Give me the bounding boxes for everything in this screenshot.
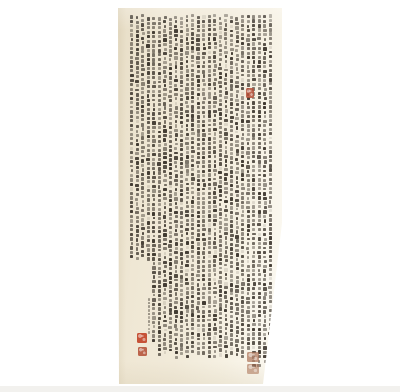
text-column: [202, 15, 206, 355]
pseudo-character: [147, 80, 150, 83]
pseudo-character: [263, 210, 266, 213]
pseudo-character: [180, 266, 183, 269]
pseudo-character: [174, 88, 177, 91]
pseudo-character: [224, 223, 227, 226]
pseudo-character: [247, 47, 250, 50]
pseudo-character: [163, 261, 166, 264]
pseudo-character: [186, 296, 189, 299]
pseudo-character: [268, 286, 271, 289]
pseudo-character: [213, 146, 216, 149]
pseudo-character: [180, 17, 184, 20]
pseudo-character: [214, 282, 217, 285]
pseudo-character: [153, 235, 156, 238]
pseudo-character: [236, 31, 239, 35]
pseudo-character: [247, 260, 250, 263]
pseudo-character: [230, 39, 233, 42]
pseudo-character: [135, 152, 138, 155]
pseudo-character: [264, 238, 267, 242]
pseudo-character: [164, 143, 167, 147]
pseudo-character: [236, 307, 239, 310]
pseudo-character: [219, 122, 222, 126]
pseudo-character: [224, 119, 227, 122]
pseudo-character: [230, 306, 233, 309]
pseudo-character: [263, 43, 266, 46]
pseudo-character: [180, 171, 183, 174]
pseudo-character: [180, 320, 183, 323]
pseudo-character: [252, 146, 255, 150]
pseudo-character: [136, 225, 139, 228]
pseudo-character: [180, 107, 183, 110]
pseudo-character: [185, 282, 189, 285]
pseudo-character: [196, 306, 199, 310]
pseudo-character: [136, 39, 139, 42]
pseudo-character: [174, 156, 177, 160]
pseudo-character: [158, 58, 161, 61]
pseudo-character: [247, 147, 250, 150]
pseudo-character: [191, 218, 194, 222]
pseudo-character: [135, 184, 139, 187]
pseudo-character: [236, 113, 239, 117]
pseudo-character: [252, 269, 255, 272]
pseudo-character: [269, 60, 272, 63]
pseudo-character: [224, 268, 227, 271]
pseudo-character: [242, 210, 245, 213]
pseudo-character: [241, 55, 244, 58]
pseudo-character: [230, 188, 233, 191]
pseudo-character: [152, 189, 155, 192]
pseudo-character: [224, 336, 227, 340]
pseudo-character: [152, 58, 155, 62]
pseudo-character: [130, 83, 134, 86]
pseudo-character: [147, 62, 150, 66]
pseudo-character: [264, 337, 267, 340]
pseudo-character: [158, 317, 161, 321]
pseudo-character: [158, 108, 161, 111]
pseudo-character: [169, 104, 172, 108]
pseudo-character: [186, 255, 189, 258]
pseudo-character: [269, 64, 272, 67]
pseudo-character: [252, 219, 255, 222]
pseudo-character: [163, 152, 166, 155]
pseudo-character: [263, 124, 266, 127]
pseudo-character: [224, 46, 227, 49]
pseudo-character: [241, 101, 244, 104]
pseudo-character: [264, 97, 267, 100]
pseudo-character: [186, 128, 189, 131]
pseudo-character: [208, 278, 211, 281]
pseudo-character: [219, 94, 222, 97]
pseudo-character: [136, 61, 139, 65]
pseudo-character: [252, 341, 255, 344]
pseudo-character: [235, 81, 238, 84]
pseudo-character: [186, 133, 189, 136]
pseudo-character: [191, 50, 194, 53]
pseudo-character: [186, 37, 189, 40]
pseudo-character: [136, 148, 139, 151]
pseudo-character: [236, 54, 240, 58]
pseudo-character: [258, 128, 261, 131]
pseudo-character: [175, 61, 178, 65]
pseudo-character: [180, 293, 183, 296]
pseudo-character: [130, 251, 133, 254]
pseudo-character: [136, 52, 139, 55]
pseudo-character: [136, 25, 139, 29]
pseudo-character: [175, 143, 178, 146]
pseudo-character: [213, 19, 216, 23]
pseudo-character: [186, 69, 189, 73]
pseudo-character: [224, 232, 227, 235]
pseudo-character: [258, 42, 261, 45]
pseudo-character: [186, 24, 189, 28]
pseudo-character: [269, 114, 272, 118]
pseudo-character: [174, 47, 177, 50]
pseudo-character: [219, 326, 222, 329]
pseudo-character: [136, 71, 140, 74]
pseudo-character: [163, 111, 166, 114]
pseudo-character: [202, 138, 205, 141]
pseudo-character: [241, 96, 244, 99]
pseudo-character: [263, 170, 266, 173]
pseudo-character: [158, 122, 161, 126]
pseudo-character: [191, 46, 194, 50]
pseudo-character: [180, 239, 183, 243]
pseudo-character: [197, 152, 200, 156]
pseudo-character: [186, 183, 189, 186]
pseudo-character: [169, 72, 172, 75]
pseudo-character: [258, 260, 261, 263]
pseudo-character: [163, 165, 166, 169]
pseudo-character: [180, 98, 183, 101]
pseudo-character: [219, 17, 222, 20]
pseudo-character: [185, 319, 188, 322]
pseudo-character: [169, 285, 173, 288]
text-column: [208, 15, 212, 360]
pseudo-character: [230, 238, 234, 241]
pseudo-character: [202, 310, 205, 314]
pseudo-character: [247, 70, 250, 73]
pseudo-character: [213, 300, 216, 303]
pseudo-character: [146, 244, 150, 247]
pseudo-character: [130, 106, 133, 109]
pseudo-character: [152, 280, 156, 283]
pseudo-character: [269, 318, 272, 321]
pseudo-character: [225, 332, 228, 335]
pseudo-character: [169, 203, 172, 206]
pseudo-character: [263, 247, 266, 250]
pseudo-character: [186, 169, 189, 173]
pseudo-character: [269, 100, 272, 104]
pseudo-character: [219, 262, 222, 265]
pseudo-character: [269, 354, 272, 357]
pseudo-character: [197, 333, 200, 337]
pseudo-character: [264, 115, 267, 118]
pseudo-character: [180, 252, 184, 255]
pseudo-character: [158, 112, 161, 115]
pseudo-character: [213, 14, 216, 17]
pseudo-character: [186, 83, 189, 87]
pseudo-character: [230, 93, 233, 97]
pseudo-character: [152, 239, 155, 242]
pseudo-character: [202, 292, 205, 295]
pseudo-character: [264, 52, 267, 55]
pseudo-character: [208, 228, 211, 232]
pseudo-character: [202, 346, 205, 349]
collector-seal-upper: [247, 352, 259, 362]
pseudo-character: [241, 114, 244, 117]
pseudo-character: [219, 330, 222, 333]
pseudo-character: [258, 56, 261, 59]
pseudo-character: [247, 183, 250, 186]
pseudo-character: [152, 31, 155, 34]
pseudo-character: [208, 219, 211, 223]
pseudo-character: [252, 310, 255, 313]
pseudo-character: [258, 210, 261, 214]
pseudo-character: [225, 354, 228, 357]
pseudo-character: [246, 269, 249, 272]
pseudo-character: [247, 233, 250, 236]
pseudo-character: [236, 335, 239, 338]
pseudo-character: [225, 55, 228, 58]
pseudo-character: [203, 256, 206, 259]
pseudo-character: [252, 78, 256, 81]
pseudo-character: [208, 269, 211, 273]
pseudo-character: [224, 28, 227, 31]
pseudo-character: [158, 117, 161, 120]
pseudo-character: [208, 160, 211, 163]
pseudo-character: [152, 112, 155, 116]
pseudo-character: [169, 258, 172, 262]
pseudo-character: [224, 187, 227, 190]
pseudo-character: [258, 242, 261, 246]
pseudo-character: [258, 92, 261, 95]
pseudo-character: [246, 301, 249, 304]
pseudo-character: [258, 328, 261, 331]
pseudo-character: [180, 30, 183, 33]
pseudo-character: [141, 136, 144, 139]
pseudo-character: [236, 176, 239, 180]
pseudo-character: [214, 155, 217, 158]
pseudo-character: [213, 33, 217, 36]
pseudo-character: [180, 75, 183, 79]
pseudo-character: [197, 156, 200, 159]
pseudo-character: [269, 137, 272, 140]
pseudo-character: [163, 93, 167, 97]
pseudo-character: [225, 318, 228, 321]
pseudo-character: [169, 67, 172, 70]
pseudo-character: [235, 190, 238, 194]
pseudo-character: [130, 224, 133, 227]
pseudo-character: [191, 286, 194, 290]
pseudo-character: [191, 132, 194, 135]
pseudo-character: [263, 224, 267, 227]
pseudo-character: [235, 294, 238, 297]
pseudo-character: [258, 83, 261, 86]
pseudo-character: [235, 140, 239, 143]
text-column: [241, 15, 245, 360]
pseudo-character: [163, 43, 166, 46]
pseudo-character: [219, 312, 222, 315]
pseudo-character: [158, 276, 161, 279]
pseudo-character: [191, 304, 194, 307]
pseudo-character: [208, 355, 211, 358]
pseudo-character: [208, 296, 211, 300]
pseudo-character: [208, 192, 211, 196]
pseudo-character: [252, 38, 255, 41]
pseudo-character: [208, 119, 211, 122]
pseudo-character: [247, 342, 250, 345]
pseudo-character: [152, 266, 156, 269]
pseudo-character: [130, 128, 133, 131]
pseudo-character: [241, 323, 244, 326]
pseudo-character: [246, 174, 249, 177]
pseudo-character: [219, 140, 222, 143]
pseudo-character: [168, 95, 171, 98]
pseudo-character: [230, 283, 233, 286]
pseudo-character: [136, 202, 139, 206]
artist-seal-upper: [137, 333, 147, 343]
pseudo-character: [141, 114, 144, 117]
pseudo-character: [242, 133, 245, 137]
pseudo-character: [252, 201, 255, 204]
pseudo-character: [258, 151, 261, 155]
pseudo-character: [224, 286, 227, 289]
pseudo-character: [130, 124, 133, 127]
pseudo-character: [158, 103, 162, 106]
pseudo-character: [197, 297, 200, 300]
pseudo-character: [247, 265, 250, 268]
pseudo-character: [269, 214, 272, 218]
pseudo-character: [169, 321, 172, 324]
pseudo-character: [230, 79, 233, 83]
photograph-of-scroll: [0, 0, 400, 392]
pseudo-character: [269, 246, 272, 249]
pseudo-character: [175, 70, 178, 73]
pseudo-character: [153, 198, 156, 201]
pseudo-character: [225, 23, 228, 26]
pseudo-character: [191, 177, 194, 180]
pseudo-character: [269, 132, 272, 135]
pseudo-character: [252, 328, 255, 331]
pseudo-character: [264, 201, 267, 205]
pseudo-character: [263, 179, 266, 183]
pseudo-character: [163, 297, 167, 300]
pseudo-character: [230, 279, 233, 282]
pseudo-character: [208, 287, 211, 290]
pseudo-character: [230, 20, 233, 23]
pseudo-character: [148, 320, 150, 323]
pseudo-character: [241, 155, 244, 158]
pseudo-character: [180, 275, 183, 279]
pseudo-character: [253, 60, 256, 64]
pseudo-character: [219, 162, 222, 165]
pseudo-character: [175, 315, 178, 318]
pseudo-character: [224, 37, 227, 40]
pseudo-character: [213, 55, 216, 59]
pseudo-character: [169, 54, 172, 58]
pseudo-character: [175, 120, 178, 123]
pseudo-character: [186, 173, 189, 176]
pseudo-character: [208, 128, 212, 132]
pseudo-character: [180, 175, 183, 178]
pseudo-character: [185, 228, 189, 231]
pseudo-character: [263, 102, 266, 106]
pseudo-character: [208, 56, 211, 59]
seal-carving-texture: [138, 347, 147, 356]
pseudo-character: [180, 94, 183, 97]
pseudo-character: [197, 129, 200, 133]
pseudo-character: [186, 219, 189, 222]
pseudo-character: [252, 214, 255, 217]
pseudo-character: [208, 46, 211, 49]
pseudo-character: [169, 308, 172, 312]
pseudo-character: [164, 184, 167, 187]
pseudo-character: [230, 120, 233, 123]
pseudo-character: [191, 227, 194, 230]
pseudo-character: [191, 264, 194, 268]
pseudo-character: [247, 287, 250, 290]
pseudo-character: [158, 49, 161, 53]
pseudo-character: [191, 150, 194, 153]
pseudo-character: [130, 196, 133, 199]
pseudo-character: [219, 189, 222, 192]
pseudo-character: [258, 87, 261, 90]
pseudo-character: [191, 327, 194, 330]
pseudo-character: [219, 244, 222, 247]
pseudo-character: [197, 188, 200, 191]
pseudo-character: [264, 360, 267, 363]
pseudo-character: [208, 273, 211, 277]
pseudo-character: [141, 254, 144, 257]
pseudo-character: [192, 196, 195, 199]
pseudo-character: [213, 28, 216, 31]
pseudo-character: [236, 40, 239, 43]
pseudo-character: [236, 203, 239, 207]
pseudo-character: [258, 24, 261, 28]
text-column: [213, 14, 217, 359]
pseudo-character: [213, 82, 216, 86]
pseudo-character: [230, 315, 234, 318]
pseudo-character: [158, 44, 161, 47]
pseudo-character: [230, 125, 233, 128]
pseudo-character: [185, 214, 189, 217]
pseudo-character: [158, 31, 161, 34]
pseudo-character: [213, 219, 216, 223]
pseudo-character: [175, 224, 178, 228]
pseudo-character: [246, 192, 249, 195]
pseudo-character: [213, 169, 216, 172]
pseudo-character: [235, 171, 238, 174]
pseudo-character: [130, 65, 133, 68]
pseudo-character: [263, 342, 266, 345]
pseudo-character: [191, 332, 194, 335]
pseudo-character: [241, 142, 244, 146]
pseudo-character: [241, 241, 244, 244]
pseudo-character: [214, 232, 217, 236]
pseudo-character: [135, 57, 138, 60]
pseudo-character: [202, 287, 206, 290]
pseudo-character: [186, 146, 189, 150]
pseudo-character: [186, 192, 189, 195]
pseudo-character: [169, 290, 172, 293]
pseudo-character: [147, 94, 150, 98]
pseudo-character: [269, 277, 272, 280]
pseudo-character: [196, 38, 199, 42]
pseudo-character: [158, 239, 161, 242]
pseudo-character: [169, 158, 172, 161]
pseudo-character: [141, 46, 144, 50]
pseudo-character: [235, 99, 238, 102]
pseudo-character: [158, 63, 161, 67]
